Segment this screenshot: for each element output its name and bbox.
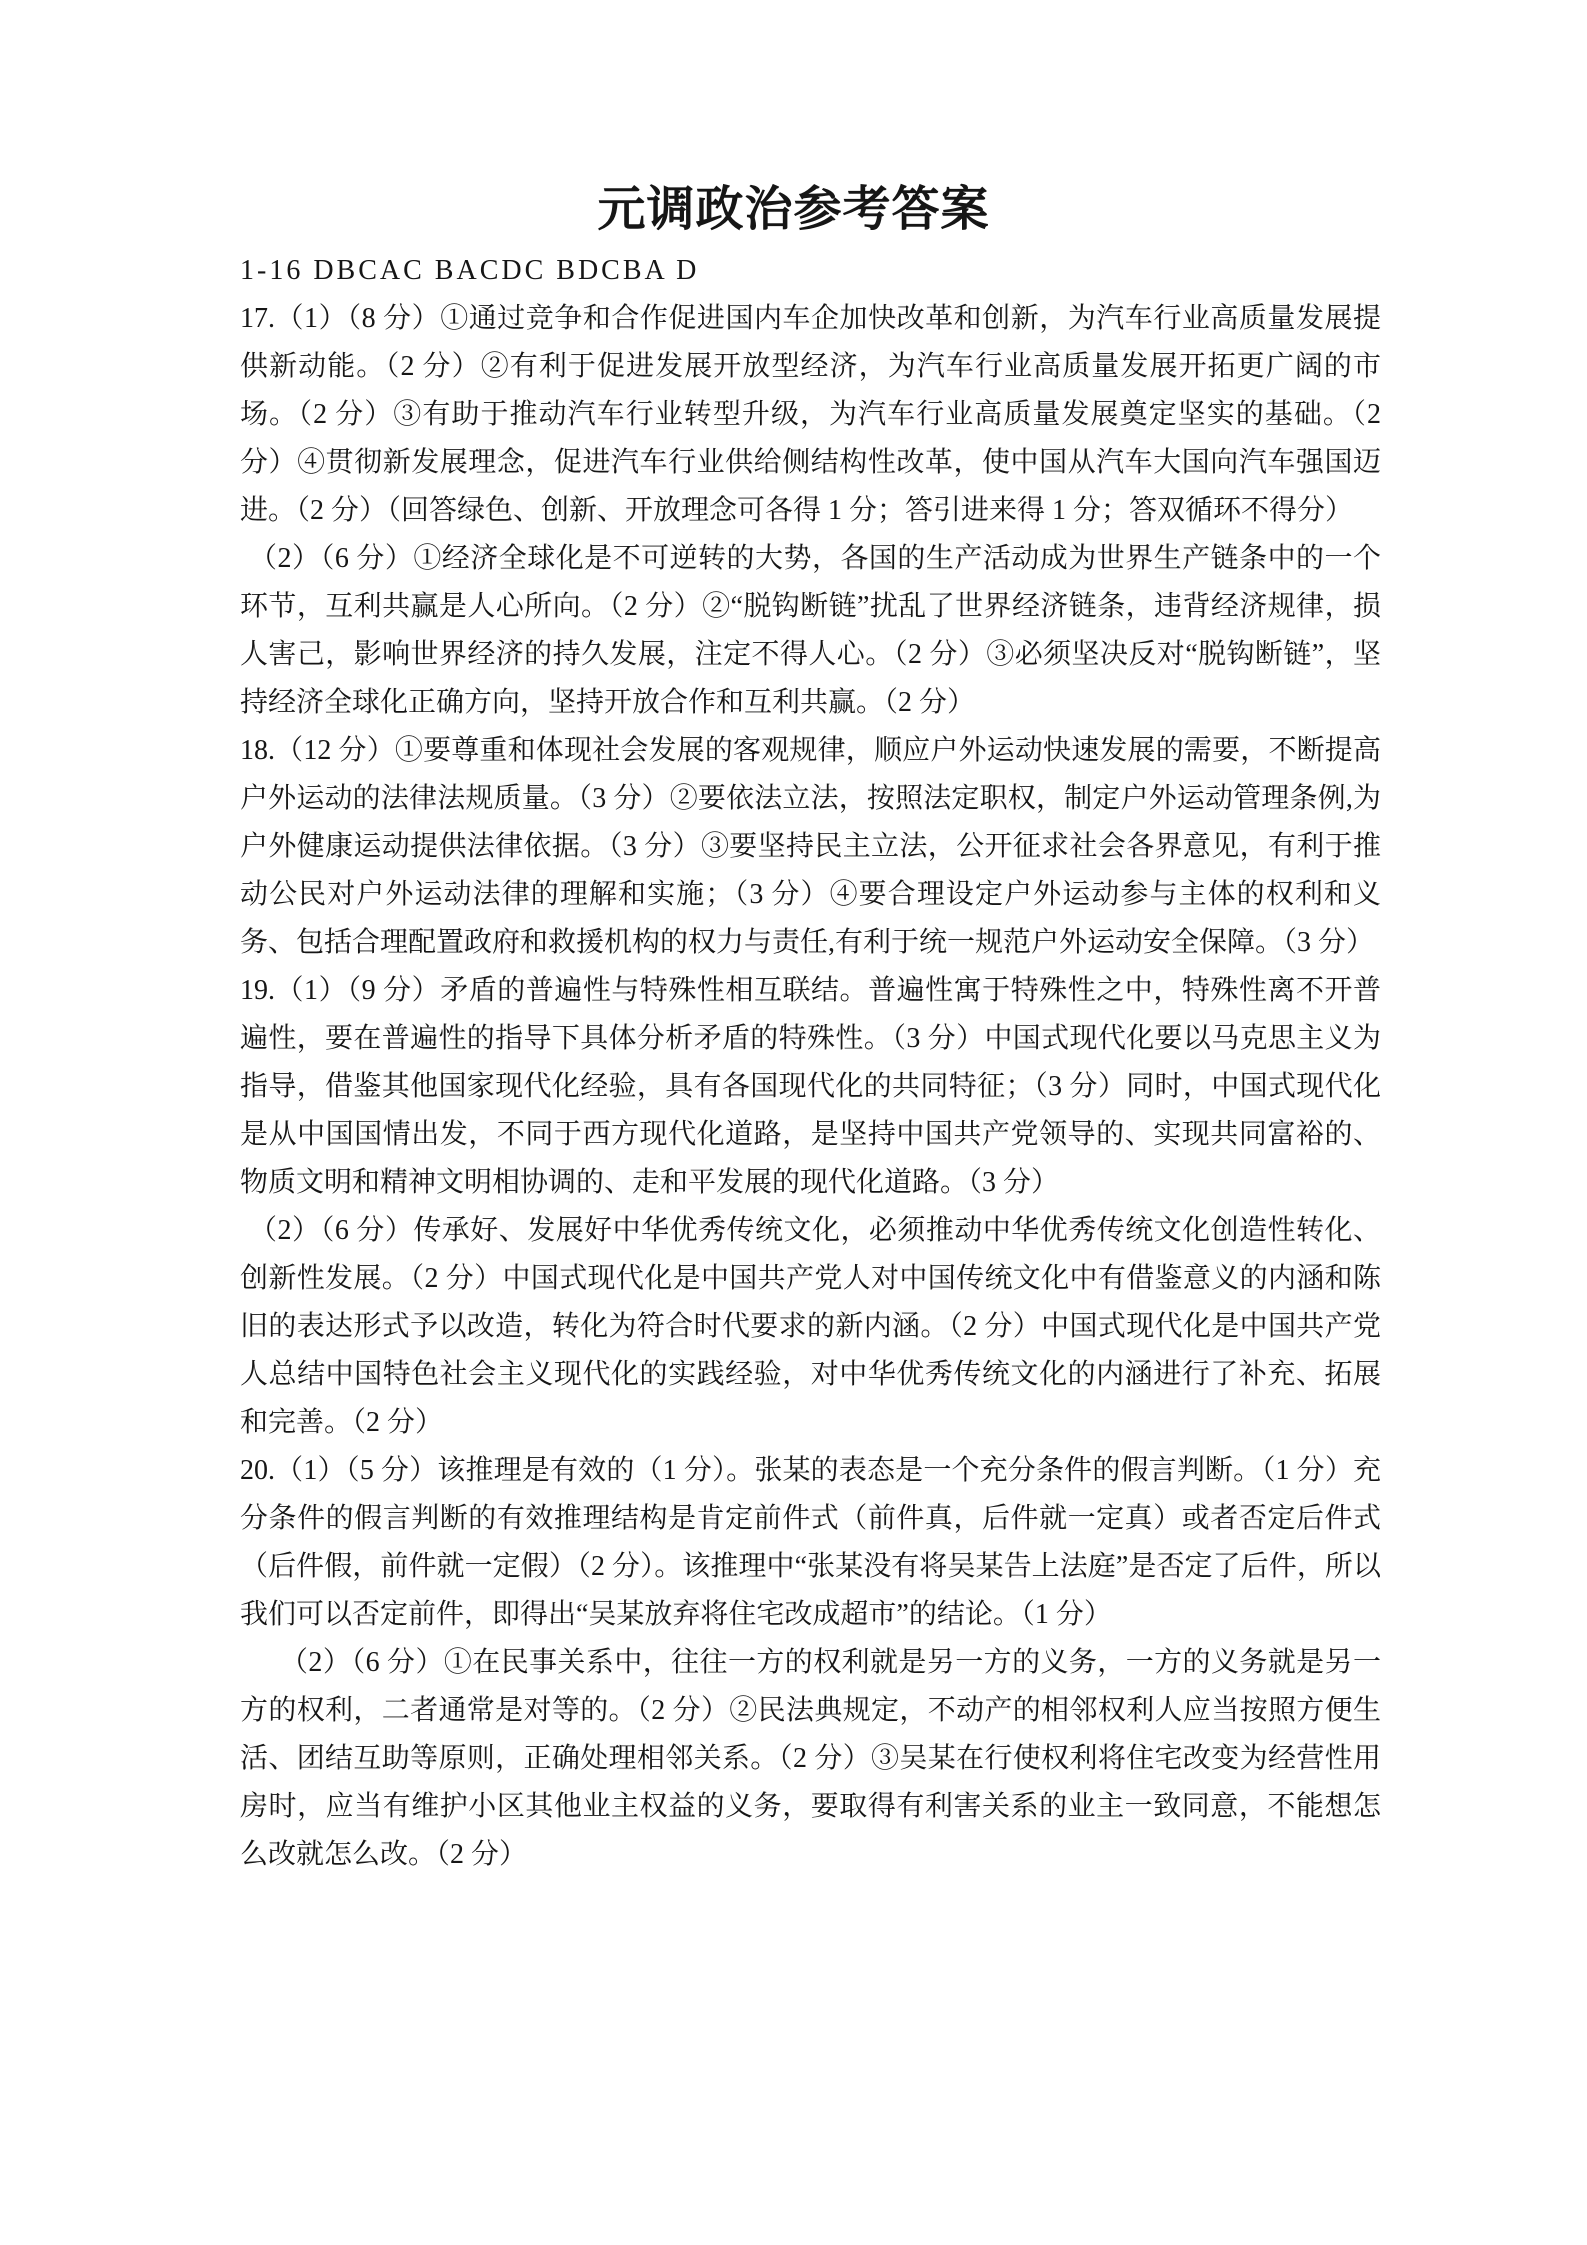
answer-paragraph-17-2: （2）（6 分）①经济全球化是不可逆转的大势，各国的生产活动成为世界生产链条中的… xyxy=(240,535,1381,727)
answer-paragraph-19-1: 19.（1）（9 分）矛盾的普遍性与特殊性相互联结。普遍性寓于特殊性之中，特殊性… xyxy=(240,967,1381,1207)
document-body: 1-16 DBCAC BACDC BDCBA D 17.（1）（8 分）①通过竞… xyxy=(240,247,1381,1879)
answer-paragraph-20-2: （2）（6 分）①在民事关系中，往往一方的权利就是另一方的义务，一方的义务就是另… xyxy=(240,1639,1381,1879)
answer-paragraph-18: 18.（12 分）①要尊重和体现社会发展的客观规律，顺应户外运动快速发展的需要，… xyxy=(240,727,1381,967)
answer-paragraph-20-1: 20.（1）（5 分）该推理是有效的（1 分）。张某的表态是一个充分条件的假言判… xyxy=(240,1447,1381,1639)
answer-paragraph-17-1: 17.（1）（8 分）①通过竞争和合作促进国内车企加快改革和创新，为汽车行业高质… xyxy=(240,295,1381,535)
document-page: 元调政治参考答案 1-16 DBCAC BACDC BDCBA D 17.（1）… xyxy=(0,0,1587,2245)
multiple-choice-answer-key: 1-16 DBCAC BACDC BDCBA D xyxy=(240,247,1381,295)
answer-paragraph-19-2: （2）（6 分）传承好、发展好中华优秀传统文化，必须推动中华优秀传统文化创造性转… xyxy=(240,1207,1381,1447)
page-title: 元调政治参考答案 xyxy=(0,181,1587,239)
